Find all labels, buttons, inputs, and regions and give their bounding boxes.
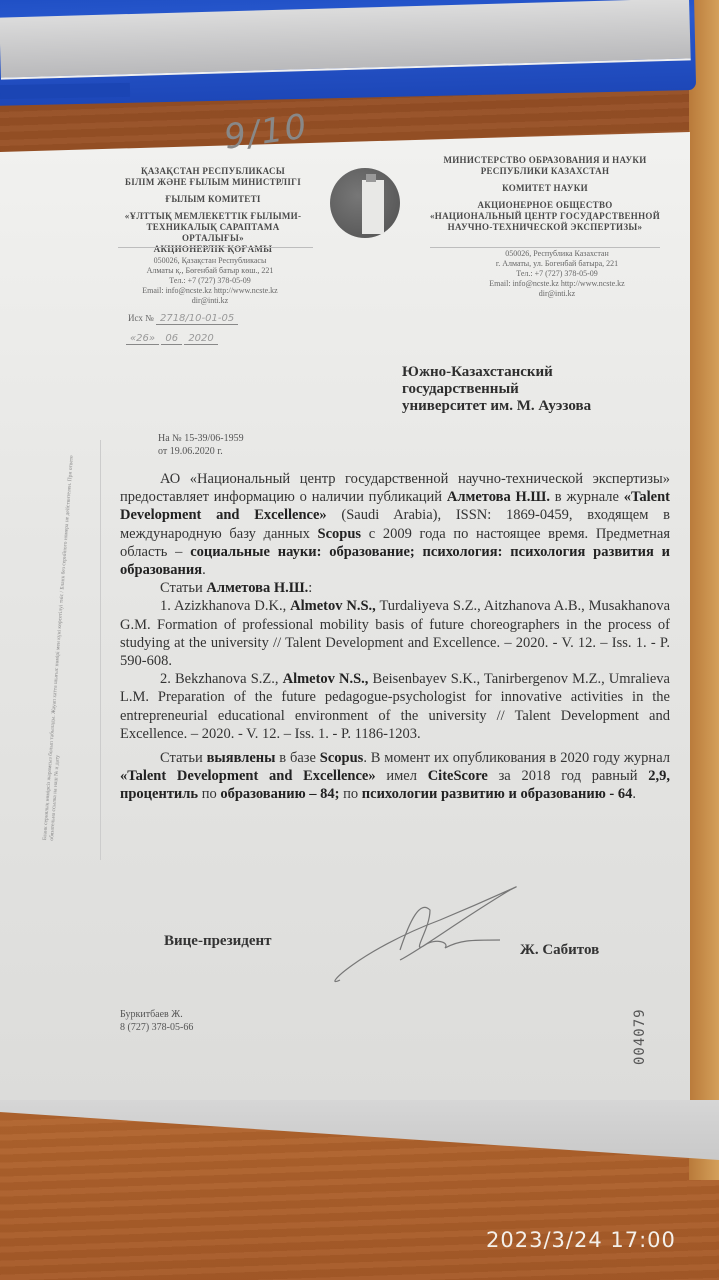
incoming-reference: На № 15-39/06-1959 от 19.06.2020 г.: [158, 432, 244, 458]
paragraph-intro: АО «Национальный центр государственной н…: [120, 470, 670, 579]
photo-timestamp: 2023/3/24 17:00: [486, 1228, 676, 1252]
paragraph-conclusion: Статьи выявлены в базе Scopus. В момент …: [120, 749, 670, 804]
outgoing-number: Исх № 2718/10-01-05: [128, 313, 238, 324]
form-serial-number: 004079: [632, 1008, 648, 1065]
signatory-title: Вице-президент: [164, 933, 272, 950]
recipient-block: Южно-Казахстанский государственный униве…: [402, 364, 642, 415]
logo-letter-i-icon: [362, 180, 384, 234]
logo-dot-icon: [366, 174, 376, 182]
margin-line: [100, 440, 101, 860]
letterhead-divider: [118, 247, 313, 248]
article-item: 2. Bekzhanova S.Z., Almetov N.S., Beisen…: [120, 670, 670, 743]
executor-block: Буркитбаев Ж. 8 (727) 378-05-66: [120, 1008, 193, 1034]
outgoing-number-value: 2718/10-01-05: [156, 313, 238, 325]
table-edge: [689, 0, 719, 1180]
letterhead-divider: [430, 247, 660, 248]
articles-heading: Статьи Алметова Н.Ш.:: [120, 579, 670, 597]
letterhead-left: ҚАЗАҚСТАН РЕСПУБЛИКАСЫ БІЛІМ ЖӘНЕ ҒЫЛЫМ …: [118, 166, 308, 255]
handwritten-signature: [300, 880, 540, 1000]
signatory-name: Ж. Сабитов: [520, 942, 599, 959]
letter-body: АО «Национальный центр государственной н…: [120, 470, 670, 804]
letterhead-right: МИНИСТЕРСТВО ОБРАЗОВАНИЯ И НАУКИ РЕСПУБЛ…: [430, 155, 660, 233]
outgoing-date: «26» 06 2020: [126, 333, 218, 344]
address-left: 050026, Қазақстан Республикасы Алматы қ.…: [120, 256, 300, 306]
article-item: 1. Azizkhanova D.K., Almetov N.S., Turda…: [120, 597, 670, 670]
folder-strip: [0, 83, 130, 99]
address-right: 050026, Республика Казахстан г. Алматы, …: [472, 249, 642, 299]
